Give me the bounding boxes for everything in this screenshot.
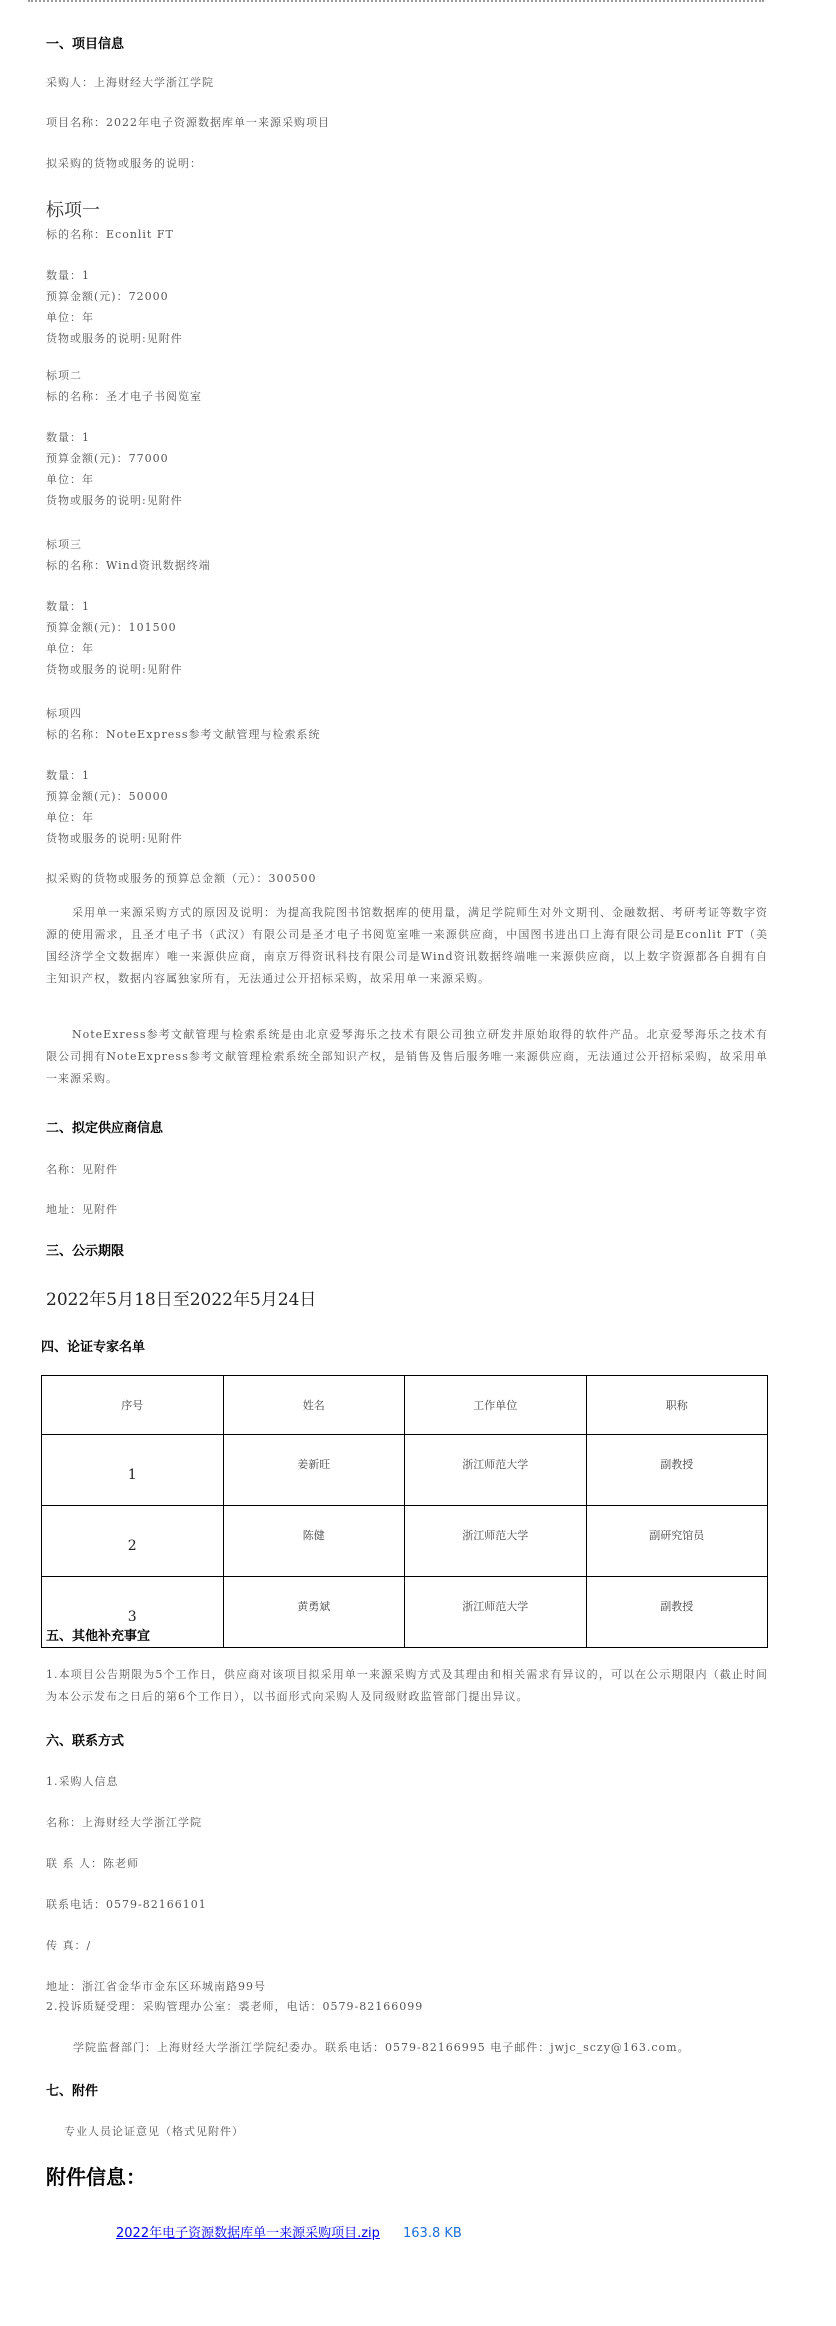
lot-quantity: 数量：1	[46, 265, 183, 286]
supervision-contact: 学院监督部门：上海财经大学浙江学院纪委办。联系电话：0579-82166995 …	[73, 2039, 690, 2055]
column-header: 序号	[42, 1376, 224, 1435]
column-header: 工作单位	[405, 1376, 587, 1435]
table-row: 1 姜新旺 浙江师范大学 副教授	[42, 1435, 768, 1506]
notice-period-dates: 2022年5月18日至2022年5月24日	[46, 1285, 316, 1310]
lot-title: 标项一	[46, 198, 183, 224]
lot-name: 标的名称：圣才电子书阅览室	[46, 386, 202, 407]
lot-budget: 预算金额(元)：101500	[46, 617, 211, 638]
lot-1: 标项一 标的名称：Econlit FT 数量：1 预算金额(元)：72000 单…	[46, 198, 183, 349]
section-heading-notice-period: 三、公示期限	[46, 1240, 124, 1259]
cell-title: 副教授	[586, 1435, 768, 1506]
cell-index: 1	[42, 1435, 224, 1506]
top-divider	[28, 0, 764, 2]
lot-desc: 货物或服务的说明:见附件	[46, 328, 183, 349]
noteexpress-paragraph: NoteExress参考文献管理与检索系统是由北京爱琴海乐之技术有限公司独立研发…	[46, 1024, 768, 1090]
cell-index: 2	[42, 1506, 224, 1577]
contact-name: 名称：上海财经大学浙江学院	[46, 1814, 202, 1830]
contact-person: 联 系 人：陈老师	[46, 1855, 139, 1871]
lot-name: 标的名称：Wind资讯数据终端	[46, 555, 211, 576]
column-header: 姓名	[223, 1376, 405, 1435]
section-heading-experts: 四、论证专家名单	[41, 1336, 145, 1355]
purchaser-info-label: 1.采购人信息	[46, 1773, 119, 1789]
project-name: 项目名称：2022年电子资源数据库单一来源采购项目	[46, 114, 330, 130]
column-header: 职称	[586, 1376, 768, 1435]
section-heading-other: 五、其他补充事宜	[46, 1625, 150, 1644]
section-heading-supplier: 二、拟定供应商信息	[46, 1117, 163, 1136]
lot-name: 标的名称：NoteExpress参考文献管理与检索系统	[46, 724, 321, 745]
section-heading-appendix: 七、附件	[46, 2080, 98, 2099]
table-row: 2 陈健 浙江师范大学 副研究馆员	[42, 1506, 768, 1577]
cell-name: 黄勇斌	[223, 1577, 405, 1648]
appendix-item: 专业人员论证意见（格式见附件）	[64, 2123, 244, 2139]
lot-desc: 货物或服务的说明:见附件	[46, 490, 202, 511]
complaint-contact: 2.投诉质疑受理：采购管理办公室：裘老师，电话：0579-82166099	[46, 1998, 423, 2014]
experts-table: 序号 姓名 工作单位 职称 1 姜新旺 浙江师范大学 副教授 2 陈健 浙江师范…	[41, 1375, 768, 1648]
reason-paragraph: 采用单一来源采购方式的原因及说明：为提高我院图书馆数据库的使用量，满足学院师生对…	[46, 902, 768, 990]
lot-title: 标项四	[46, 703, 321, 724]
lot-quantity: 数量：1	[46, 596, 211, 617]
attachment-file-size: 163.8 KB	[403, 2226, 462, 2241]
lot-title: 标项三	[46, 534, 211, 555]
lot-quantity: 数量：1	[46, 427, 202, 448]
attachment-item: 2022年电子资源数据库单一来源采购项目.zip 163.8 KB	[116, 2222, 462, 2241]
attachment-download-link[interactable]: 2022年电子资源数据库单一来源采购项目.zip	[116, 2226, 380, 2241]
lot-budget: 预算金额(元)：72000	[46, 286, 183, 307]
cell-org: 浙江师范大学	[405, 1435, 587, 1506]
lot-desc: 货物或服务的说明:见附件	[46, 828, 321, 849]
contact-fax: 传 真：/	[46, 1937, 91, 1953]
section-heading-contact: 六、联系方式	[46, 1730, 124, 1749]
other-matters-text: 1.本项目公告期限为5个工作日，供应商对该项目拟采用单一来源采购方式及其理由和相…	[46, 1664, 768, 1708]
table-row: 3 黄勇斌 浙江师范大学 副教授	[42, 1577, 768, 1648]
cell-org: 浙江师范大学	[405, 1506, 587, 1577]
lot-name: 标的名称：Econlit FT	[46, 224, 183, 245]
cell-title: 副教授	[586, 1577, 768, 1648]
lot-quantity: 数量：1	[46, 765, 321, 786]
lot-desc: 货物或服务的说明:见附件	[46, 659, 211, 680]
supplier-address: 地址：见附件	[46, 1201, 118, 1217]
contact-phone: 联系电话：0579-82166101	[46, 1896, 207, 1912]
lot-unit: 单位：年	[46, 307, 183, 328]
contact-address: 地址：浙江省金华市金东区环城南路99号	[46, 1978, 266, 1994]
supplier-name: 名称：见附件	[46, 1161, 118, 1177]
section-heading-project-info: 一、项目信息	[46, 33, 124, 52]
lot-budget: 预算金额(元)：77000	[46, 448, 202, 469]
lot-unit: 单位：年	[46, 469, 202, 490]
cell-name: 陈健	[223, 1506, 405, 1577]
total-budget: 拟采购的货物或服务的预算总金额（元）：300500	[46, 870, 317, 886]
lot-budget: 预算金额(元)：50000	[46, 786, 321, 807]
lot-3: 标项三 标的名称：Wind资讯数据终端 数量：1 预算金额(元)：101500 …	[46, 534, 211, 680]
lot-title: 标项二	[46, 365, 202, 386]
cell-name: 姜新旺	[223, 1435, 405, 1506]
lot-2: 标项二 标的名称：圣才电子书阅览室 数量：1 预算金额(元)：77000 单位：…	[46, 365, 202, 511]
goods-intro: 拟采购的货物或服务的说明：	[46, 155, 202, 171]
attachments-title: 附件信息：	[46, 2161, 146, 2190]
lot-unit: 单位：年	[46, 638, 211, 659]
purchaser: 采购人：上海财经大学浙江学院	[46, 74, 214, 90]
table-header-row: 序号 姓名 工作单位 职称	[42, 1376, 768, 1435]
lot-4: 标项四 标的名称：NoteExpress参考文献管理与检索系统 数量：1 预算金…	[46, 703, 321, 849]
lot-unit: 单位：年	[46, 807, 321, 828]
cell-org: 浙江师范大学	[405, 1577, 587, 1648]
cell-title: 副研究馆员	[586, 1506, 768, 1577]
